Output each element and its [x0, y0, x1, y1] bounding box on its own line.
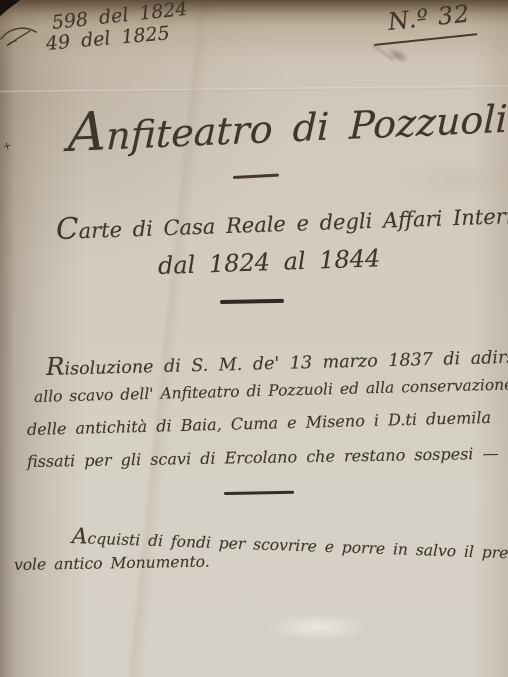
pen-flourish-mark [0, 22, 42, 52]
collection-line-1: Carte di Casa Reale e degli Affari Inter… [55, 196, 508, 246]
folder-number: N.º 32 [387, 0, 472, 36]
resolution-note-line-1: Risoluzione di S. M. de' 13 marzo 1837 d… [46, 340, 508, 381]
acquisition-note-line-2: vole antico Monumento. [14, 553, 210, 574]
ink-cross-mark: + [1, 138, 15, 151]
title-underline [233, 174, 279, 179]
pencil-smudge [383, 43, 414, 68]
resolution-note-line-3: delle antichità di Baia, Cuma e Miseno i… [27, 408, 491, 439]
resolution-note-line-4: fissati per gli scavi di Ercolano che re… [27, 444, 499, 471]
collection-line-2: dal 1824 al 1844 [158, 244, 381, 280]
resolution-note-underline [224, 491, 294, 495]
manuscript-page-photo: + 598 del 1824 49 del 1825 N.º 32 Anfite… [0, 0, 508, 677]
collection-underline [220, 299, 284, 304]
resolution-note-line-2: allo scavo dell' Anfiteatro di Pozzuoli … [34, 375, 508, 406]
corner-shadow-notch [0, 0, 24, 18]
document-title: Anfiteatro di Pozzuoli [67, 83, 508, 164]
